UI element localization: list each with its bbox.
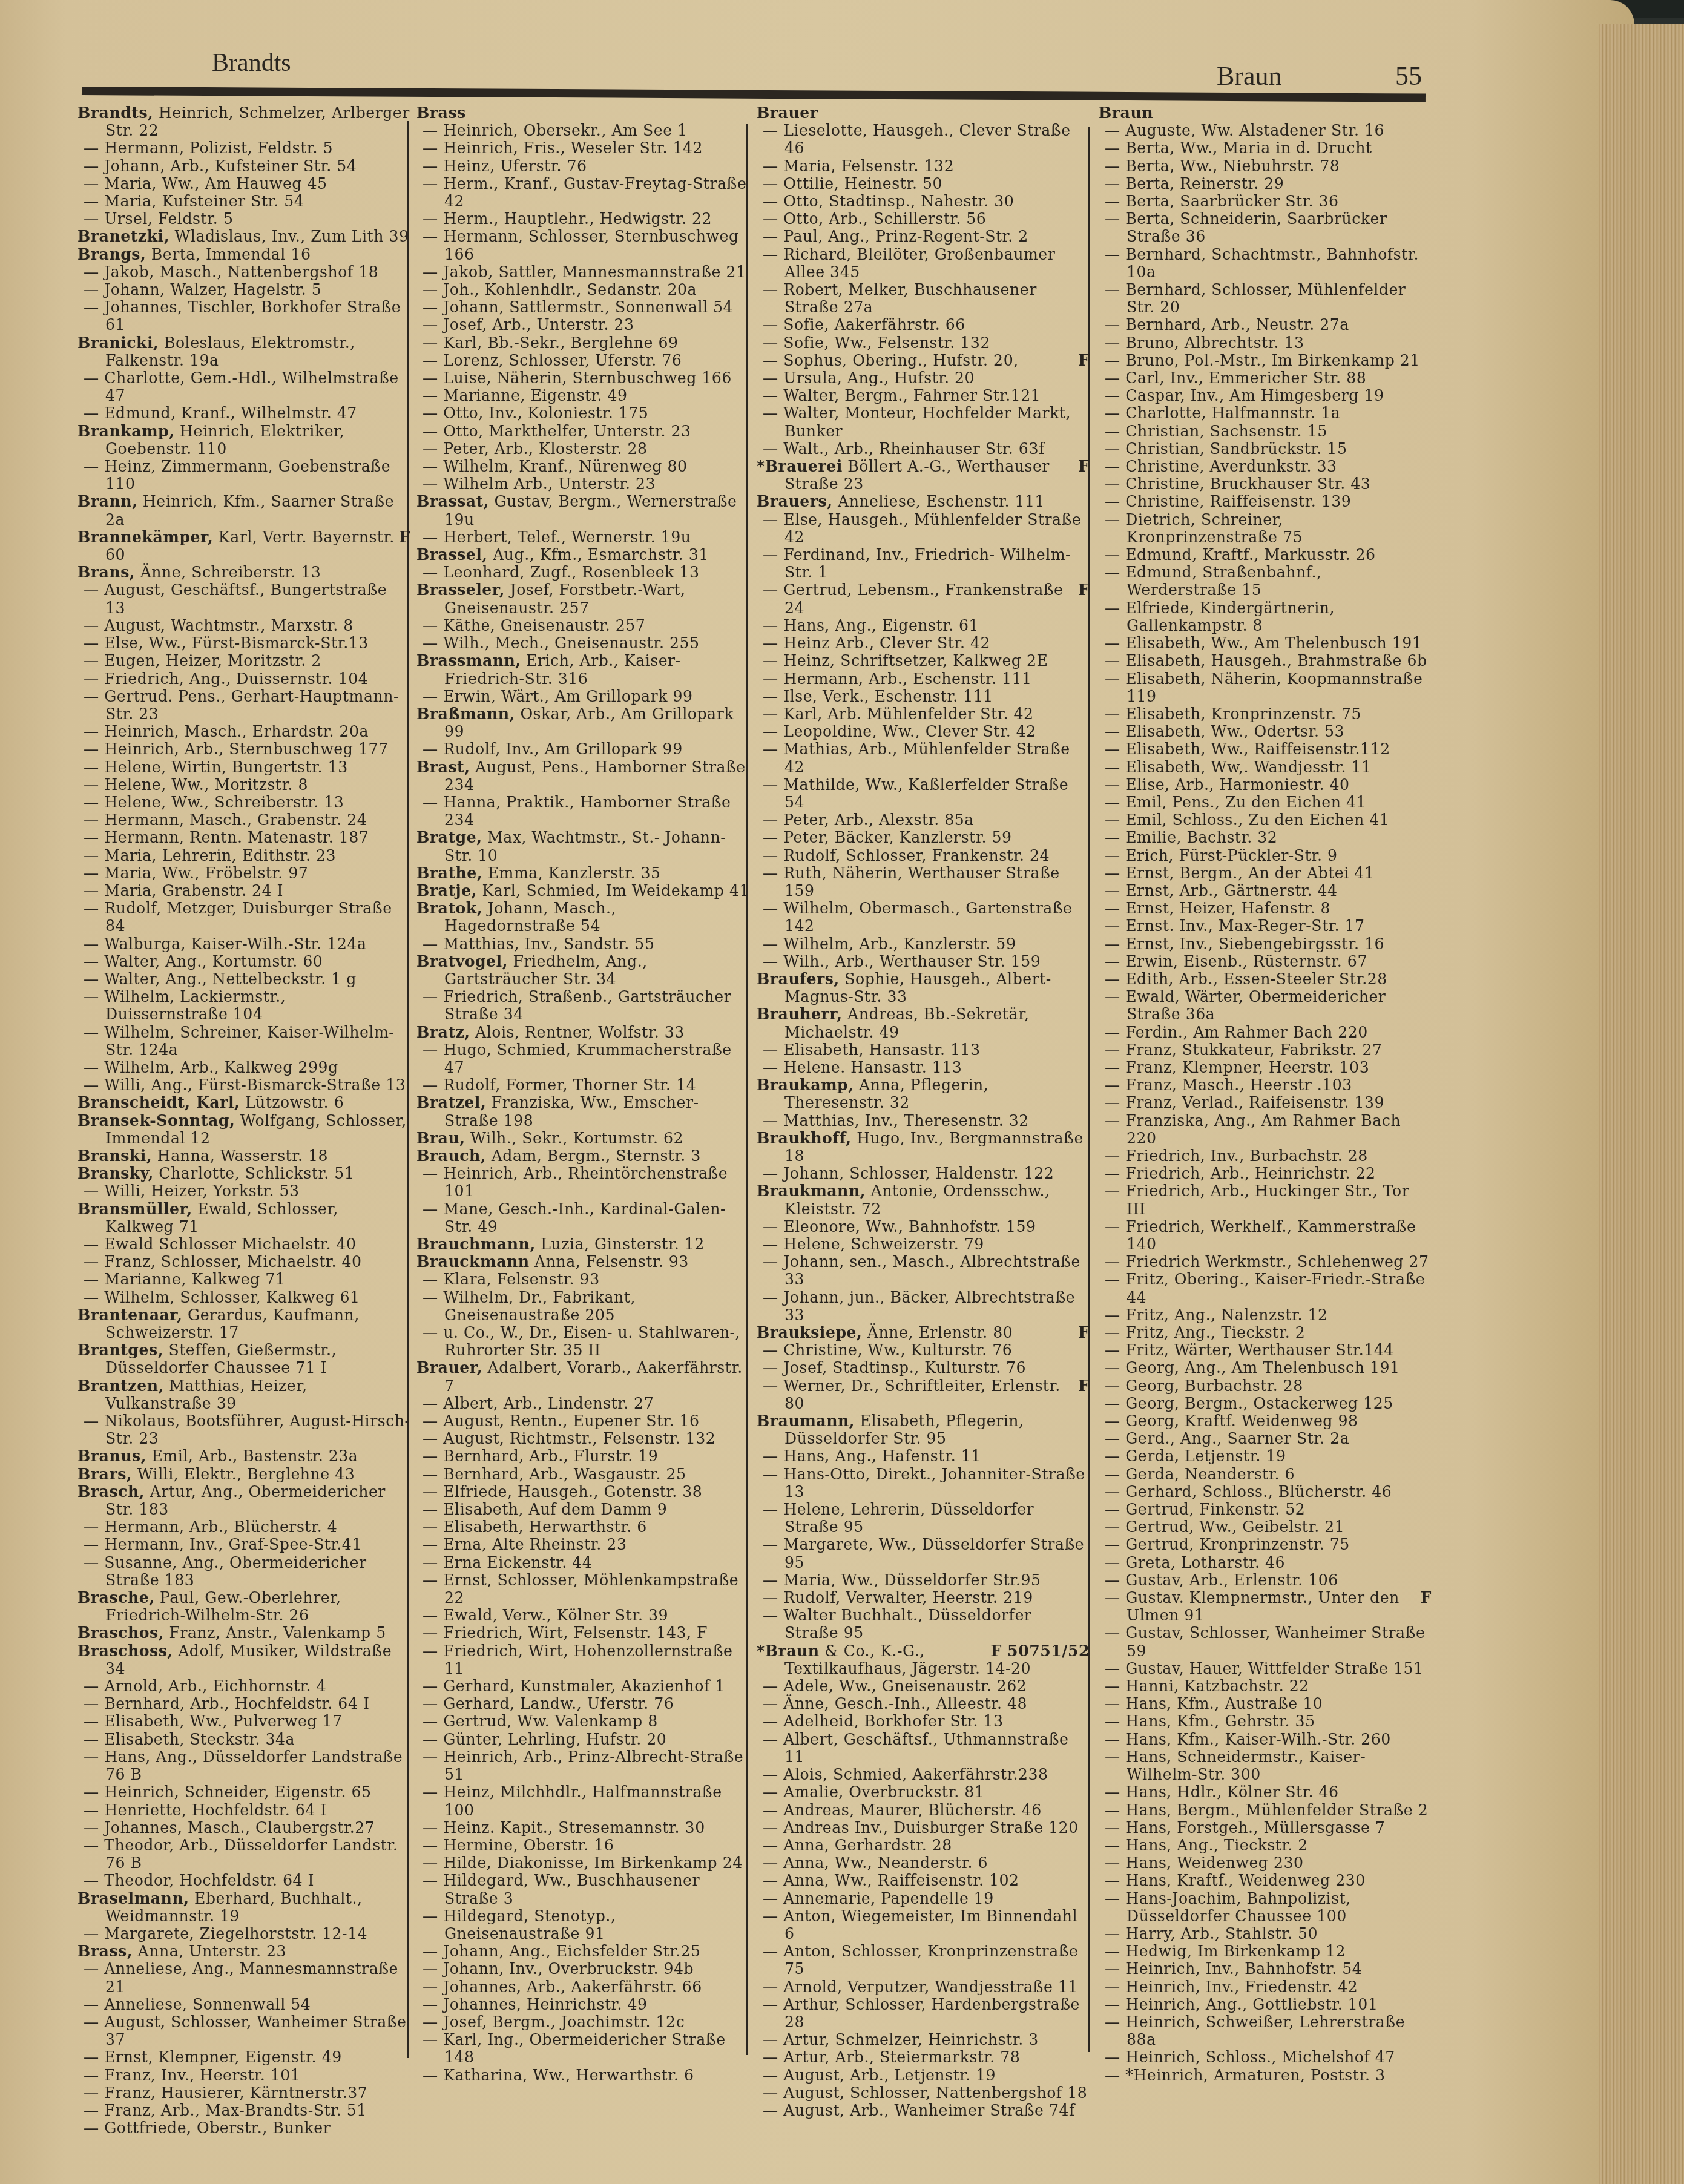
directory-sub-entry: — Eugen, Heizer, Moritzstr. 2 [77,652,410,669]
surname: Brasche, [77,1588,155,1607]
entry-details: Elfriede, Hausgeh., Gotenstr. 38 [443,1483,702,1501]
dash-ditto-mark: — [84,2102,104,2119]
entry-details: Joh., Kohlenhdlr., Sedanstr. 20a [443,281,697,298]
directory-sub-entry: — Otto, Inv., Koloniestr. 175 [416,404,749,422]
entry-details: Änne, Erlenstr. 80 [867,1324,1013,1341]
directory-sub-entry: — Hans, Weidenweg 230 [1099,1854,1432,1872]
directory-sub-entry: — Hans, Kfm., Kaiser-Wilh.-Str. 260 [1099,1731,1432,1748]
entry-details: Berta, Schneiderin, Saarbrücker Straße 3… [1125,210,1387,245]
dash-ditto-mark: — [1105,1324,1125,1341]
entry-details: Gustav, Arb., Erlenstr. 106 [1125,1571,1338,1589]
dash-ditto-mark: — [423,1041,443,1059]
dash-ditto-mark: — [763,1289,783,1306]
entry-details: Max, Wachtmstr., St.- Johann-Str. 10 [444,829,726,864]
dash-ditto-mark: — [763,634,783,652]
directory-sub-entry: — Wilhelm Arb., Unterstr. 23 [416,475,749,493]
entry-details: Heinrich, Schweißer, Lehrerstraße 88a [1125,2013,1405,2048]
directory-entry: Brans, Änne, Schreiberstr. 13 [77,564,410,581]
directory-sub-entry: — Emil, Pens., Zu den Eichen 41 [1099,794,1432,811]
directory-sub-entry: — Albert, Arb., Lindenstr. 27 [416,1395,749,1412]
dash-ditto-mark: — [1105,2067,1125,2084]
entry-details: Lorenz, Schlosser, Uferstr. 76 [443,352,682,369]
dash-ditto-mark: — [1105,157,1125,175]
directory-sub-entry: — August, Geschäftsf., Bungertstraße 13 [77,581,410,616]
entry-details: Willi, Elektr., Berglehne 43 [137,1465,355,1483]
dash-ditto-mark: — [423,1271,443,1288]
directory-sub-entry: — Margarete, Ww., Düsseldorfer Straße 95 [757,1536,1090,1571]
surname: Bratge, [416,828,482,846]
dash-ditto-mark: — [84,1289,104,1306]
dash-ditto-mark: — [423,1395,443,1412]
directory-sub-entry: — Leopoldine, Ww., Clever Str. 42 [757,723,1090,740]
dash-ditto-mark: — [84,1996,104,2013]
entry-details: Erich, Fürst-Pückler-Str. 9 [1125,847,1337,864]
entry-details: Gertrud, Ww. Valenkamp 8 [443,1712,657,1730]
directory-sub-entry: — Jakob, Masch., Nattenbergshof 18 [77,263,410,281]
directory-sub-entry: — Franz, Stukkateur, Fabrikstr. 27 [1099,1041,1432,1059]
directory-sub-entry: — Anton, Wiegemeister, Im Binnendahl 6 [757,1907,1090,1942]
directory-sub-entry: — Lorenz, Schlosser, Uferstr. 76 [416,352,749,369]
entry-details: Hanni, Katzbachstr. 22 [1125,1677,1309,1695]
entry-details: Johann, Inv., Overbruckstr. 94b [443,1960,694,1978]
dash-ditto-mark: — [1105,1165,1125,1182]
entry-details: Gerhard, Schloss., Blücherstr. 46 [1125,1483,1392,1501]
dash-ditto-mark: — [1105,1218,1125,1235]
entry-details: Johann, Schlosser, Haldenstr. 122 [783,1165,1054,1182]
directory-sub-entry: — Ewald, Wärter, Obermeidericher Straße … [1099,988,1432,1023]
dash-ditto-mark: — [763,228,783,245]
dash-ditto-mark: — [84,1925,104,1942]
surname: Brars, [77,1465,132,1483]
directory-sub-entry: — Erwin, Eisenb., Rüsternstr. 67 [1099,953,1432,970]
directory-sub-entry: — Hermann, Arb., Blücherstr. 4 [77,1518,410,1536]
surname: Brasseler, [416,581,505,599]
directory-sub-entry: — Berta, Schneiderin, Saarbrücker Straße… [1099,210,1432,245]
entry-details: Günter, Lehrling, Hufstr. 20 [443,1731,666,1748]
directory-sub-entry: — Bruno, Pol.-Mstr., Im Birkenkamp 21 [1099,352,1432,369]
dash-ditto-mark: — [84,2048,104,2066]
entry-details: Hans, Schneidermstr., Kaiser-Wilhelm-Str… [1125,1748,1366,1783]
dash-ditto-mark: — [423,1483,443,1501]
directory-sub-entry: — Günter, Lehrling, Hufstr. 20 [416,1731,749,1748]
entry-details: Franz, Masch., Heerstr .103 [1125,1076,1352,1094]
entry-details: Ottilie, Heinestr. 50 [783,175,942,192]
directory-sub-entry: — Annemarie, Papendelle 19 [757,1890,1090,1907]
directory-sub-entry: — Bernhard, Schachtmstr., Bahnhofstr. 10… [1099,246,1432,281]
entry-details: Josef, Arb., Unterstr. 23 [443,316,634,334]
entry-details: Ernst, Arb., Gärtnerstr. 44 [1125,882,1337,900]
surname: Brantges, [77,1341,163,1359]
dash-ditto-mark: — [423,617,443,634]
dash-ditto-mark: — [423,404,443,422]
dash-ditto-mark: — [1105,1147,1125,1165]
dash-ditto-mark: — [84,829,104,846]
dash-ditto-mark: — [423,352,443,369]
directory-sub-entry: — Maria, Grabenstr. 24 I [77,882,410,900]
directory-sub-entry: — Maria, Kufsteiner Str. 54 [77,192,410,210]
dash-ditto-mark: — [1105,900,1125,917]
dash-ditto-mark: — [763,953,783,970]
directory-entry: Bratvogel, Friedhelm, Ang., Gartsträuche… [416,953,749,988]
entry-details: August, Pens., Hamborner Straße 234 [444,758,746,794]
dash-ditto-mark: — [84,2013,104,2031]
entry-details: *Heinrich, Armaturen, Poststr. 3 [1125,2067,1385,2084]
directory-sub-entry: — Johannes, Arb., Aakerfährstr. 66 [416,1978,749,1996]
dash-ditto-mark: — [84,1554,104,1571]
dash-ditto-mark: — [1105,1854,1125,1872]
dash-ditto-mark: — [763,1766,783,1783]
entry-details: Artur, Ang., Obermeidericher Str. 183 [105,1483,386,1518]
dash-ditto-mark: — [423,1748,443,1766]
entry-details: Anton, Schlosser, Kronprinzenstraße 75 [783,1942,1078,1978]
entry-details: Heinrich, Fris., Weseler Str. 142 [443,139,703,157]
directory-sub-entry: — Christine, Raiffeisenstr. 139 [1099,493,1432,510]
entry-details: Edith, Arb., Essen-Steeler Str.28 [1125,970,1387,988]
directory-sub-entry: — Marianne, Eigenstr. 49 [416,387,749,404]
dash-ditto-mark: — [763,776,783,794]
entry-details: Hermann, Masch., Grabenstr. 24 [104,811,367,829]
dash-ditto-mark: — [423,1607,443,1624]
dash-ditto-mark: — [1105,2013,1125,2031]
directory-column-3: Brauer— Lieselotte, Hausgeh., Clever Str… [757,104,1090,2119]
entry-details: Anneliese, Ang., Mannesmannstraße 21 [104,1960,398,1995]
entry-details: Walter, Monteur, Hochfelder Markt, Bunke… [783,404,1071,439]
directory-sub-entry: — Karl, Bb.-Sekr., Berglehne 69 [416,334,749,352]
directory-entry: Bratje, Karl, Schmied, Im Weidekamp 41 [416,882,749,900]
dash-ditto-mark: — [1105,811,1125,829]
entry-details: Hermine, Oberstr. 16 [443,1837,614,1854]
directory-sub-entry: — Hans, Kfm., Gehrstr. 35 [1099,1712,1432,1730]
directory-sub-entry: — Luise, Näherin, Sternbuschweg 166 [416,369,749,387]
directory-sub-entry: — August, Arb., Letjenstr. 19 [757,2067,1090,2084]
directory-sub-entry: — Heinrich, Schweißer, Lehrerstraße 88a [1099,2013,1432,2048]
entry-details: Christine, Averdunkstr. 33 [1125,458,1337,475]
directory-sub-entry: — Herm., Hauptlehr., Hedwigstr. 22 [416,210,749,228]
dash-ditto-mark: — [1105,1783,1125,1801]
entry-details: Fritz, Ang., Nalenzstr. 12 [1125,1306,1327,1324]
entry-details: Charlotte, Schlickstr. 51 [159,1165,354,1182]
entry-details: Harry, Arb., Stahlstr. 50 [1125,1925,1318,1942]
entry-details: Friedrich, Wirt, Felsenstr. 143, F [443,1624,708,1642]
book-page-edges [1599,24,1684,2184]
directory-sub-entry: — Anna, Ww., Raiffeisenstr. 102 [757,1872,1090,1889]
directory-sub-entry: — Richard, Bleilöter, Großenbaumer Allee… [757,246,1090,281]
surname: Brauckmann [416,1252,530,1271]
entry-details: Hermann, Inv., Graf-Spee-Str.41 [104,1536,362,1553]
directory-sub-entry: — Gustav, Hauer, Wittfelder Straße 151 [1099,1660,1432,1677]
entry-details: Otto, Stadtinsp., Nahestr. 30 [783,192,1014,210]
directory-sub-entry: — August, Schlosser, Nattenbergshof 18 [757,2084,1090,2102]
entry-details: Friedrich, Straßenb., Gartsträucher Stra… [443,988,731,1023]
dash-ditto-mark: — [763,210,783,228]
entry-details: Hermann, Schlosser, Sternbuschweg 166 [443,228,738,263]
directory-entry: Bransky, Charlotte, Schlickstr. 51 [77,1165,410,1182]
surname: *Brauerei [757,457,843,475]
entry-details: Hans, Kfm., Kaiser-Wilh.-Str. 260 [1125,1731,1391,1748]
entry-details: Gerhard, Landw., Uferstr. 76 [443,1695,674,1712]
directory-sub-entry: — Gustav, Schlosser, Wanheimer Straße 59 [1099,1624,1432,1659]
dash-ditto-mark: — [84,1235,104,1253]
directory-sub-entry: — Adelheid, Borkhofer Str. 13 [757,1712,1090,1730]
entry-details: Wilhelm, Dr., Fabrikant, Gneisenaustraße… [443,1289,636,1324]
directory-sub-entry: — Hermann, Inv., Graf-Spee-Str.41 [77,1536,410,1553]
column-head-name: Brauer [757,104,1090,122]
directory-sub-entry: — Maria, Ww., Am Hauweg 45 [77,175,410,192]
directory-sub-entry: — Dietrich, Schreiner, Kronprinzenstraße… [1099,511,1432,546]
directory-sub-entry: — Rudolf, Verwalter, Heerstr. 219 [757,1589,1090,1607]
surname: Brast, [416,758,470,776]
dash-ditto-mark: — [1105,316,1125,334]
entry-details: August, Richtmstr., Felsenstr. 132 [443,1430,715,1447]
dash-ditto-mark: — [1105,1978,1125,1996]
entry-details: Georg, Kraftf. Weidenweg 98 [1125,1412,1358,1430]
entry-details: Heinz Arb., Clever Str. 42 [783,634,990,652]
dash-ditto-mark: — [763,246,783,263]
directory-sub-entry: — August, Arb., Wanheimer Straße 74f [757,2102,1090,2119]
directory-sub-entry: — Johann, Schlosser, Haldenstr. 122 [757,1165,1090,1182]
entry-details: Andreas Inv., Duisburger Straße 120 [783,1819,1078,1837]
dash-ditto-mark: — [1105,458,1125,475]
dash-ditto-mark: — [1105,281,1125,298]
entry-details: Elise, Arb., Harmoniestr. 40 [1125,776,1349,794]
directory-sub-entry: — Karl, Ing., Obermeidericher Straße 148 [416,2031,749,2066]
directory-sub-entry: — FGustav. Klempnermstr., Unter den Ulme… [1099,1589,1432,1624]
dash-ditto-mark: — [763,1872,783,1889]
directory-sub-entry: — Christine, Bruckhauser Str. 43 [1099,475,1432,493]
directory-sub-entry: — Heinrich, Arb., Sternbuschweg 177 [77,740,410,758]
surname: Branski, [77,1146,152,1165]
dash-ditto-mark: — [1105,1660,1125,1677]
directory-sub-entry: — Herm., Kranf., Gustav-Freytag-Straße 4… [416,175,749,210]
entry-details: Else, Hausgeh., Mühlenfelder Straße 42 [783,511,1081,546]
directory-sub-entry: — Elisabeth, Ww., Odertsr. 53 [1099,723,1432,740]
dash-ditto-mark: — [84,1837,104,1854]
entry-details: Johann, Sattlermstr., Sonnenwall 54 [443,298,733,316]
dash-ditto-mark: — [1105,794,1125,811]
entry-details: Heinrich, Masch., Erhardstr. 20a [104,723,369,740]
entry-details: Adalbert, Vorarb., Aakerfährstr. 7 [444,1359,743,1394]
directory-sub-entry: — Walter, Monteur, Hochfelder Markt, Bun… [757,404,1090,439]
dash-ditto-mark: — [423,2031,443,2048]
entry-details: Helene, Ww., Schreiberstr. 13 [104,794,344,811]
entry-details: Walter, Ang., Kortumstr. 60 [104,953,323,970]
entry-details: Friedrich, Inv., Burbachstr. 28 [1125,1147,1368,1165]
entry-details: Gustav, Schlosser, Wanheimer Straße 59 [1125,1624,1425,1659]
directory-column-2: Brass— Heinrich, Obersekr., Am See 1— He… [416,104,749,2084]
directory-sub-entry: — Otto, Stadtinsp., Nahestr. 30 [757,192,1090,210]
directory-sub-entry: — Johann, Sattlermstr., Sonnenwall 54 [416,298,749,316]
entry-details: Hans, Forstgeh., Müllersgasse 7 [1125,1819,1385,1837]
directory-sub-entry: — Maria, Ww., Fröbelstr. 97 [77,864,410,882]
dash-ditto-mark: — [1105,882,1125,900]
dash-ditto-mark: — [763,369,783,387]
directory-entry: Brassel, Aug., Kfm., Esmarchstr. 31 [416,546,749,564]
dash-ditto-mark: — [763,2067,783,2084]
dash-ditto-mark: — [84,652,104,669]
directory-sub-entry: — Hermine, Oberstr. 16 [416,1837,749,1854]
dash-ditto-mark: — [763,2102,783,2119]
directory-sub-entry: — Helene, Wirtin, Bungertstr. 13 [77,758,410,776]
entry-details: Erwin, Wärt., Am Grillopark 99 [443,688,692,705]
directory-sub-entry: — Johannes, Masch., Claubergstr.27 [77,1819,410,1837]
directory-sub-entry: — Elisabeth, Ww,. Wandjesstr. 11 [1099,758,1432,776]
entry-details: Artur, Arb., Steiermarkstr. 78 [783,2048,1020,2066]
dash-ditto-mark: — [1105,1059,1125,1076]
dash-ditto-mark: — [763,1589,783,1607]
directory-sub-entry: — Elfriede, Kindergärtnerin, Gallenkamps… [1099,599,1432,634]
entry-details: Fritz, Ang., Tieckstr. 2 [1125,1324,1305,1341]
surname: Bratvogel, [416,952,508,970]
entry-details: Johann, Walzer, Hagelstr. 5 [104,281,321,298]
dash-ditto-mark: — [763,617,783,634]
entry-details: Franz, Hausierer, Kärntnerstr.37 [104,2084,367,2102]
directory-sub-entry: — Friedrich Werkmstr., Schlehenweg 27 [1099,1253,1432,1271]
entry-details: Gottfriede, Oberstr., Bunker [104,2119,331,2137]
entry-details: Christian, Sandbrückstr. 15 [1125,440,1347,458]
dash-ditto-mark: — [1105,1925,1125,1942]
entry-details: Wilh., Mech., Gneisenaustr. 255 [443,634,699,652]
directory-entry: Brass, Anna, Unterstr. 23 [77,1942,410,1960]
directory-sub-entry: — Erna Eickenstr. 44 [416,1554,749,1571]
dash-ditto-mark: — [84,1872,104,1889]
directory-sub-entry: — Katharina, Ww., Herwarthstr. 6 [416,2067,749,2084]
entry-details: Wilh., Arb., Werthauser Str. 159 [783,953,1041,970]
dash-ditto-mark: — [1105,1483,1125,1501]
directory-sub-entry: — Franz, Schlosser, Michaelstr. 40 [77,1253,410,1271]
dash-ditto-mark: — [1105,758,1125,776]
dash-ditto-mark: — [1105,1731,1125,1748]
dash-ditto-mark: — [1105,935,1125,953]
entry-details: Helene, Wirtin, Bungertstr. 13 [104,758,347,776]
surname: Brasch, [77,1482,145,1501]
entry-details: Alois, Schmied, Aakerfährstr.238 [783,1766,1048,1783]
directory-sub-entry: — Rudolf, Inv., Am Grillopark 99 [416,740,749,758]
directory-sub-entry: — Ernst, Heizer, Hafenstr. 8 [1099,900,1432,917]
directory-sub-entry: — Gustav, Arb., Erlenstr. 106 [1099,1571,1432,1589]
entry-details: Gertrud, Finkenstr. 52 [1125,1501,1305,1518]
dash-ditto-mark: — [763,1341,783,1359]
dash-ditto-mark: — [763,740,783,758]
directory-sub-entry: — Elisabeth, Herwarthstr. 6 [416,1518,749,1536]
directory-column-4: Braun— Auguste, Ww. Alstadener Str. 16— … [1099,104,1432,2084]
entry-details: Bernhard, Arb., Flurstr. 19 [443,1447,658,1465]
directory-entry: Brauch, Adam, Bergm., Sternstr. 3 [416,1147,749,1165]
directory-entry: Bratzel, Franziska, Ww., Emscher-Straße … [416,1094,749,1129]
entry-details: Wilhelm, Kranf., Nürenweg 80 [443,458,687,475]
directory-sub-entry: — Elisabeth, Steckstr. 34a [77,1731,410,1748]
dash-ditto-mark: — [84,175,104,192]
directory-sub-entry: — Johann, Ang., Eichsfelder Str.25 [416,1942,749,1960]
entry-details: Rudolf, Verwalter, Heerstr. 219 [783,1589,1033,1607]
dash-ditto-mark: — [1105,175,1125,192]
entry-details: Wladislaus, Inv., Zum Lith 39 [174,228,409,245]
directory-sub-entry: — Ernst, Arb., Gärtnerstr. 44 [1099,882,1432,900]
entry-details: Jakob, Sattler, Mannesmannstraße 21 [443,263,746,281]
dash-ditto-mark: — [763,652,783,669]
directory-sub-entry: — Peter, Arb., Klosterstr. 28 [416,440,749,458]
entry-details: Richard, Bleilöter, Großenbaumer Allee 3… [783,246,1055,281]
dash-ditto-mark: — [84,970,104,988]
entry-details: Erna Eickenstr. 44 [443,1554,592,1571]
dash-ditto-mark: — [1105,1076,1125,1094]
directory-sub-entry: — Berta, Reinerstr. 29 [1099,175,1432,192]
entry-details: Bernhard, Arb., Neustr. 27a [1125,316,1349,334]
entry-details: Anna, Gerhardstr. 28 [783,1837,952,1854]
running-head-right: Braun [1217,61,1282,91]
directory-sub-entry: — Johann, jun., Bäcker, Albrechtstraße 3… [757,1289,1090,1324]
directory-sub-entry: — Edmund, Kranf., Wilhelmstr. 47 [77,404,410,422]
entry-details: Karl, Bb.-Sekr., Berglehne 69 [443,334,678,352]
dash-ditto-mark: — [763,316,783,334]
directory-sub-entry: — Friedrich, Straßenb., Gartsträucher St… [416,988,749,1023]
dash-ditto-mark: — [84,617,104,634]
directory-sub-entry: — Bernhard, Arb., Flurstr. 19 [416,1447,749,1465]
entry-details: Ernst, Bergm., An der Abtei 41 [1125,864,1374,882]
entry-details: Mathias, Arb., Mühlenfelder Straße 42 [783,740,1070,775]
dash-ditto-mark: — [423,1324,443,1341]
entry-details: Hilde, Diakonisse, Im Birkenkamp 24 [443,1854,743,1872]
dash-ditto-mark: — [1105,192,1125,210]
surname: Bratje, [416,881,477,900]
directory-sub-entry: — Margarete, Ziegelhorststr. 12-14 [77,1925,410,1942]
dash-ditto-mark: — [84,988,104,1005]
dash-ditto-mark: — [84,2084,104,2102]
entry-details: Wilhelm, Arb., Kalkweg 299g [104,1059,338,1076]
dash-ditto-mark: — [1105,2048,1125,2066]
dash-ditto-mark: — [84,192,104,210]
entry-details: Peter, Arb., Klosterstr. 28 [443,440,647,458]
dash-ditto-mark: — [1105,1554,1125,1571]
directory-sub-entry: — Johann, Arb., Kufsteiner Str. 54 [77,157,410,175]
entry-details: Hildegard, Stenotyp., Gneisenaustraße 91 [443,1907,616,1942]
dash-ditto-mark: — [84,1536,104,1553]
directory-sub-entry: — Joh., Kohlenhdlr., Sedanstr. 20a [416,281,749,298]
entry-details: Werner, Dr., Schriftleiter, Erlenstr. 80 [783,1377,1061,1412]
dash-ditto-mark: — [423,1165,443,1182]
entry-details: Elisabeth, Ww., Odertsr. 53 [1125,723,1344,740]
directory-sub-entry: — Heinz, Schriftsetzer, Kalkweg 2E [757,652,1090,669]
dash-ditto-mark: — [763,1465,783,1483]
entry-details: Albert, Arb., Lindenstr. 27 [443,1395,654,1412]
dash-ditto-mark: — [1105,1395,1125,1412]
entry-details: Elfriede, Kindergärtnerin, Gallenkampstr… [1125,599,1335,634]
dash-ditto-mark: — [84,210,104,228]
dash-ditto-mark: — [84,298,104,316]
entry-details: Friedrich, Arb., Heinrichstr. 22 [1125,1165,1375,1182]
entry-details: Sophus, Obering., Hufstr. 20, [783,352,1018,369]
entry-details: Heinrich, Arb., Prinz-Albrecht-Straße 51 [443,1748,743,1783]
dash-ditto-mark: — [1105,1465,1125,1483]
directory-sub-entry: — Georg, Kraftf. Weidenweg 98 [1099,1412,1432,1430]
entry-details: Anna, Felsenstr. 93 [534,1253,689,1271]
directory-sub-entry: — Herbert, Telef., Wernerstr. 19u [416,528,749,546]
directory-sub-entry: — Heinrich, Schloss., Michelshof 47 [1099,2048,1432,2066]
dash-ditto-mark: — [84,1253,104,1271]
entry-details: Wilhelm, Schlosser, Kalkweg 61 [104,1289,360,1306]
dash-ditto-mark: — [1105,634,1125,652]
directory-entry: *Braun F 50751/52& Co., K.-G., Textilkau… [757,1642,1090,1677]
directory-sub-entry: — Peter, Arb., Alexstr. 85a [757,811,1090,829]
surname-heading: Brauer [757,104,818,122]
directory-sub-entry: — Auguste, Ww. Alstadener Str. 16 [1099,122,1432,139]
directory-sub-entry: — Anna, Gerhardstr. 28 [757,1837,1090,1854]
phone-marker: F [1079,581,1090,599]
dash-ditto-mark: — [763,670,783,688]
entry-details: Ernst, Heizer, Hafenstr. 8 [1125,900,1330,917]
entry-details: Edmund, Straßenbahnf., Werderstraße 15 [1125,564,1321,599]
entry-details: Hildegard, Ww., Buschhausener Straße 3 [443,1872,700,1907]
dash-ditto-mark: — [1105,1872,1125,1889]
